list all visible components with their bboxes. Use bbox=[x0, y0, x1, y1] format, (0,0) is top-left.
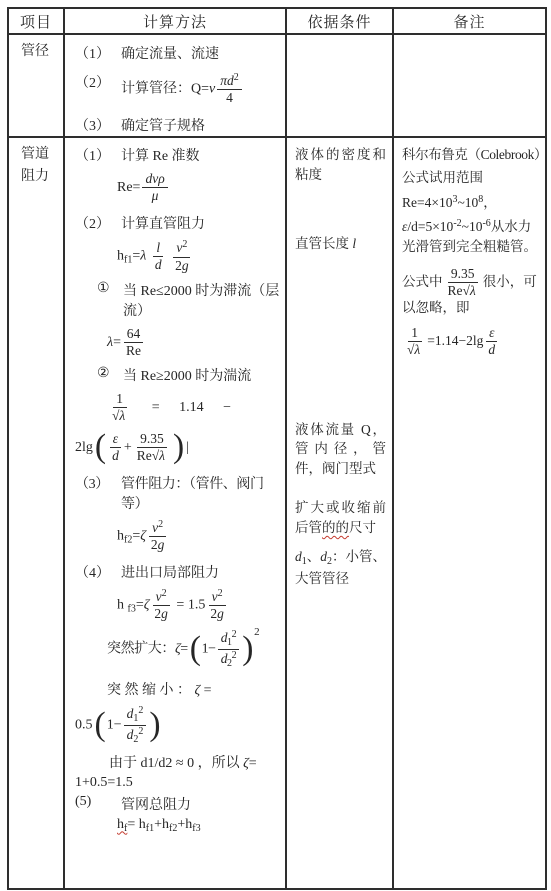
line-content: 1√λ = 1.14 − bbox=[107, 391, 283, 424]
text-line: 0.5(1−d12d22) bbox=[75, 705, 283, 746]
math-fraction: dvρμ bbox=[142, 171, 167, 204]
list-marker: ② bbox=[97, 365, 123, 382]
close-paren-glyph: ) bbox=[148, 711, 161, 740]
fraction-denominator: Re bbox=[123, 343, 144, 359]
math-variable: λ bbox=[119, 408, 125, 423]
spellcheck-squiggle: hf bbox=[117, 817, 127, 832]
math-variable: λ bbox=[159, 448, 165, 463]
formula-line: hf1=λ ld v22g bbox=[75, 239, 283, 273]
line-content: 1+0.5=1.5 bbox=[75, 775, 283, 791]
pipe-diameter-condition-cell bbox=[286, 34, 393, 137]
math-variable: λ bbox=[140, 249, 146, 264]
math-variable: g bbox=[217, 606, 224, 621]
math-variable: ε bbox=[489, 325, 494, 340]
math-superscript: 2 bbox=[234, 72, 239, 83]
line-content: d1、d2：小管、大管管径 bbox=[295, 547, 386, 589]
pipe-resistance-remark-content: 科尔布鲁克（Colebrook）公式试用范围Re=4×103~108，ε/d=5… bbox=[394, 138, 545, 888]
row-pipe-diameter: 管径 （1）确定流量、流速（2）计算管径：Q=vπd24（3）确定管子规格 bbox=[8, 34, 546, 137]
fraction-denominator: 2g bbox=[172, 258, 192, 274]
text-line: （3）管件阻力：（管件、阀门等） bbox=[75, 473, 283, 513]
fraction-denominator: d bbox=[152, 257, 165, 273]
math-variable: d bbox=[155, 257, 162, 272]
text-line: 2lg(εd+9.35Re√λ)| bbox=[75, 431, 283, 464]
line-content: 科尔布鲁克（Colebrook） bbox=[402, 145, 541, 165]
text-line: 液体流量 Q，管内径，管件，阀门型式 bbox=[295, 420, 386, 479]
spellcheck-squiggle: 的的 bbox=[322, 520, 349, 535]
math-superscript: 2 bbox=[158, 519, 163, 530]
math-fraction: εd bbox=[109, 431, 122, 464]
header-condition: 依据条件 bbox=[286, 8, 393, 34]
math-superscript: 8 bbox=[478, 194, 483, 205]
line-content: 计算管径：Q=vπd24 bbox=[121, 72, 283, 106]
fraction-numerator: l bbox=[153, 240, 163, 257]
header-item: 项目 bbox=[8, 8, 64, 34]
math-fraction: d12d22 bbox=[218, 629, 240, 670]
text-line: （2）计算直管阻力 bbox=[75, 213, 283, 233]
math-fraction: 64Re bbox=[123, 326, 144, 359]
line-content: 进出口局部阻力 bbox=[121, 562, 283, 582]
fraction-denominator: d22 bbox=[218, 650, 240, 670]
math-subscript: f2 bbox=[124, 534, 132, 545]
line-content: 管件阻力：（管件、阀门等） bbox=[121, 473, 283, 513]
sqrt-radicand: λ bbox=[470, 282, 478, 298]
open-paren-glyph: ( bbox=[94, 711, 107, 740]
math-paren-group: (εd+9.35Re√λ) bbox=[94, 431, 185, 464]
fraction-numerator: d12 bbox=[124, 705, 147, 726]
line-content: 突 然 缩 小 ： ζ = bbox=[107, 679, 283, 699]
text-line: ②当 Re≥2000 时为湍流 bbox=[75, 365, 283, 385]
line-content: 计算直管阻力 bbox=[121, 213, 283, 233]
list-marker: (5) bbox=[75, 794, 121, 810]
header-method: 计算方法 bbox=[64, 8, 286, 34]
fraction-numerator: dvρ bbox=[142, 171, 167, 188]
math-paren-group: (1−d12d22)2 bbox=[189, 629, 259, 670]
fraction-denominator: √λ bbox=[109, 408, 130, 424]
close-paren-glyph: ) bbox=[172, 433, 185, 462]
open-paren-glyph: ( bbox=[94, 433, 107, 462]
fraction-denominator: Re√λ bbox=[445, 283, 481, 299]
list-marker: （1） bbox=[75, 43, 121, 63]
open-paren-glyph: ( bbox=[189, 635, 202, 664]
list-marker: （2） bbox=[75, 72, 121, 92]
line-content: 确定管子规格 bbox=[121, 115, 283, 135]
line-content: hf2=ζv22g bbox=[117, 519, 283, 553]
math-variable: ζ bbox=[144, 598, 150, 613]
text-line: 突然扩大：ζ=(1−d12d22)2 bbox=[75, 629, 283, 670]
math-superscript: 2 bbox=[218, 588, 223, 599]
pipe-resistance-method-cell: （1）计算 Re 准数Re=dvρμ（2）计算直管阻力hf1=λ ld v22g… bbox=[64, 137, 286, 889]
line-content: 液体流量 Q，管内径，管件，阀门型式 bbox=[295, 420, 386, 479]
math-variable: d bbox=[320, 549, 327, 564]
formula-line: λ=64Re bbox=[75, 326, 283, 359]
formula-line: 公式中9.35Re√λ很小，可以忽略，即 bbox=[402, 266, 541, 316]
list-marker: （4） bbox=[75, 562, 121, 582]
formula-line: hf2=ζv22g bbox=[75, 519, 283, 553]
line-content: Re=dvρμ bbox=[117, 171, 283, 204]
math-superscript: -6 bbox=[482, 218, 490, 229]
formula-line: Re=dvρμ bbox=[75, 171, 283, 204]
row-label-pipe-resistance: 管道阻力 bbox=[8, 137, 64, 889]
math-fraction: v22g bbox=[148, 519, 168, 553]
fraction-denominator: d bbox=[485, 342, 498, 358]
math-fraction: ld bbox=[152, 240, 165, 273]
math-fraction: 1√λ bbox=[404, 325, 425, 358]
text-line: （1）确定流量、流速 bbox=[75, 43, 283, 63]
text-line: 由于 d1/d2 ≈ 0 ，所以 ζ= bbox=[75, 752, 283, 772]
list-marker: （2） bbox=[75, 213, 121, 233]
text-line: ε/d=5×10-2~10-6从水力光滑管到完全粗糙管。 bbox=[402, 216, 541, 258]
math-variable: ζ bbox=[140, 528, 146, 543]
fraction-denominator: 4 bbox=[223, 90, 236, 106]
formula-line: h f3=ζv22g = 1.5v22g bbox=[75, 588, 283, 622]
line-content: 管网总阻力 bbox=[121, 794, 283, 814]
line-content: h f3=ζv22g = 1.5v22g bbox=[117, 588, 283, 622]
math-variable: λ bbox=[107, 335, 113, 350]
list-marker: （1） bbox=[75, 145, 121, 165]
sqrt-radicand: λ bbox=[159, 447, 167, 463]
fraction-numerator: ε bbox=[110, 431, 121, 448]
list-marker: ① bbox=[97, 280, 123, 297]
math-superscript: 3 bbox=[452, 194, 457, 205]
math-subscript: f3 bbox=[192, 823, 200, 834]
text-line: 1+0.5=1.5 bbox=[75, 775, 283, 791]
fraction-denominator: d22 bbox=[124, 726, 147, 746]
math-variable: l bbox=[352, 236, 356, 251]
line-content: ε/d=5×10-2~10-6从水力光滑管到完全粗糙管。 bbox=[402, 216, 541, 258]
fraction-numerator: v2 bbox=[153, 588, 170, 606]
pipe-diameter-method-content: （1）确定流量、流速（2）计算管径：Q=vπd24（3）确定管子规格 bbox=[65, 35, 285, 136]
text-line: d1、d2：小管、大管管径 bbox=[295, 547, 386, 589]
line-content: 2lg(εd+9.35Re√λ)| bbox=[75, 431, 283, 464]
paren-content: 1−d12d22 bbox=[107, 705, 149, 746]
text-line: ①当 Re≤2000 时为滞流（层流） bbox=[75, 280, 283, 320]
math-paren-group: (1−d12d22) bbox=[94, 705, 162, 746]
math-variable: ζ bbox=[175, 641, 180, 656]
math-subscript: f3 bbox=[128, 604, 136, 615]
pipe-resistance-condition-content: 液体的密度和粘度直管长度 l液体流量 Q，管内径，管件，阀门型式扩大或收缩前后管… bbox=[287, 138, 392, 888]
line-content: 扩大或收缩前后管的的尺寸 bbox=[295, 498, 386, 537]
line-content: hf1=λ ld v22g bbox=[117, 239, 283, 273]
math-superscript: 2 bbox=[232, 650, 237, 661]
formula-line: 1√λ=1.14−2lgεd bbox=[402, 325, 541, 358]
fraction-denominator: 2g bbox=[148, 537, 168, 553]
fraction-numerator: d12 bbox=[218, 629, 240, 650]
line-content: 直管长度 l bbox=[295, 234, 386, 254]
math-variable: d bbox=[112, 448, 119, 463]
fraction-denominator: 2g bbox=[151, 606, 171, 622]
math-variable: d bbox=[295, 549, 302, 564]
text-line: （4）进出口局部阻力 bbox=[75, 562, 283, 582]
math-variable: ζ bbox=[243, 756, 249, 771]
math-variable: πd bbox=[220, 73, 234, 88]
text-line: 科尔布鲁克（Colebrook） bbox=[402, 145, 541, 165]
math-fraction: 9.35Re√λ bbox=[445, 266, 481, 299]
line-content: 1√λ=1.14−2lgεd bbox=[402, 325, 541, 358]
line-content: 0.5(1−d12d22) bbox=[75, 705, 283, 746]
text-line: （1）计算 Re 准数 bbox=[75, 145, 283, 165]
math-variable: d bbox=[488, 342, 495, 357]
math-fraction: v22g bbox=[207, 588, 227, 622]
math-variable: g bbox=[182, 258, 189, 273]
math-superscript: 2 bbox=[232, 629, 237, 640]
fraction-numerator: ε bbox=[486, 325, 497, 342]
math-fraction: v22g bbox=[172, 239, 192, 273]
header-remark: 备注 bbox=[393, 8, 546, 34]
line-content: 当 Re≥2000 时为湍流 bbox=[123, 365, 283, 385]
fraction-denominator: d bbox=[109, 448, 122, 464]
sqrt-radicand: λ bbox=[414, 341, 422, 357]
math-variable: λ bbox=[470, 283, 476, 298]
line-content: 公式试用范围 bbox=[402, 168, 541, 188]
math-subscript: f2 bbox=[169, 823, 177, 834]
fraction-numerator: πd2 bbox=[217, 72, 242, 90]
text-line: Re=4×103~108， bbox=[402, 192, 541, 213]
math-sqrt: √λ bbox=[407, 341, 422, 357]
row-pipe-resistance: 管道阻力 （1）计算 Re 准数Re=dvρμ（2）计算直管阻力hf1=λ ld… bbox=[8, 137, 546, 889]
formula-line: 1√λ = 1.14 − bbox=[75, 391, 283, 424]
math-subscript: 2 bbox=[327, 556, 332, 567]
pipe-resistance-condition-cell: 液体的密度和粘度直管长度 l液体流量 Q，管内径，管件，阀门型式扩大或收缩前后管… bbox=[286, 137, 393, 889]
header-row: 项目 计算方法 依据条件 备注 bbox=[8, 8, 546, 34]
math-sqrt: √λ bbox=[112, 407, 127, 423]
text-line: 扩大或收缩前后管的的尺寸 bbox=[295, 498, 386, 537]
math-variable: dvρ bbox=[145, 171, 164, 186]
line-content: 确定流量、流速 bbox=[121, 43, 283, 63]
pipe-resistance-method-content: （1）计算 Re 准数Re=dvρμ（2）计算直管阻力hf1=λ ld v22g… bbox=[65, 138, 285, 888]
math-superscript: 2 bbox=[138, 726, 143, 737]
close-paren-glyph: ) bbox=[241, 635, 254, 664]
math-superscript: -2 bbox=[453, 218, 461, 229]
fraction-numerator: 9.35 bbox=[137, 431, 167, 448]
math-variable: μ bbox=[152, 188, 159, 203]
fraction-numerator: 64 bbox=[124, 326, 144, 343]
document-sheet: 项目 计算方法 依据条件 备注 管径 （1）确定流量、流速（2）计算管径：Q=v… bbox=[7, 7, 547, 890]
text-line: 公式试用范围 bbox=[402, 168, 541, 188]
line-content: 计算 Re 准数 bbox=[121, 145, 283, 165]
fraction-denominator: 2g bbox=[207, 606, 227, 622]
math-subscript: f1 bbox=[124, 255, 132, 266]
fraction-numerator: 1 bbox=[113, 391, 126, 408]
text-line: （3）确定管子规格 bbox=[75, 115, 283, 135]
text-line: (5)管网总阻力 bbox=[75, 794, 283, 814]
math-superscript: 2 bbox=[254, 626, 259, 639]
line-content: 液体的密度和粘度 bbox=[295, 145, 386, 184]
pipe-diameter-remark-cell bbox=[393, 34, 546, 137]
math-variable: g bbox=[158, 537, 165, 552]
fraction-numerator: 9.35 bbox=[448, 266, 478, 283]
math-fraction: 9.35Re√λ bbox=[134, 431, 170, 464]
math-variable: ε bbox=[113, 431, 118, 446]
text-line: 液体的密度和粘度 bbox=[295, 145, 386, 184]
math-fraction: πd24 bbox=[217, 72, 242, 106]
line-content: λ=64Re bbox=[107, 326, 283, 359]
math-sqrt: √λ bbox=[463, 282, 478, 298]
math-sqrt: √λ bbox=[152, 447, 167, 463]
list-marker: （3） bbox=[75, 473, 121, 493]
math-fraction: εd bbox=[485, 325, 498, 358]
math-variable: g bbox=[161, 606, 168, 621]
math-variable: v bbox=[209, 81, 215, 96]
fraction-denominator: √λ bbox=[404, 342, 425, 358]
text-line: 突 然 缩 小 ： ζ = bbox=[75, 679, 283, 699]
text-line: hf= hf1+hf2+hf3 bbox=[75, 817, 283, 834]
line-content: 突然扩大：ζ=(1−d12d22)2 bbox=[107, 629, 283, 670]
math-superscript: 2 bbox=[162, 588, 167, 599]
paren-content: 1−d12d22 bbox=[202, 629, 242, 670]
fraction-numerator: v2 bbox=[173, 239, 190, 257]
math-variable: λ bbox=[414, 342, 420, 357]
math-superscript: 2 bbox=[138, 705, 143, 716]
pipe-diameter-method-cell: （1）确定流量、流速（2）计算管径：Q=vπd24（3）确定管子规格 bbox=[64, 34, 286, 137]
math-variable: ε bbox=[402, 219, 407, 234]
pipe-resistance-remark-cell: 科尔布鲁克（Colebrook）公式试用范围Re=4×103~108，ε/d=5… bbox=[393, 137, 546, 889]
text-line: 直管长度 l bbox=[295, 234, 386, 254]
math-fraction: 1√λ bbox=[109, 391, 130, 424]
math-superscript: 2 bbox=[182, 239, 187, 250]
line-content: hf= hf1+hf2+hf3 bbox=[117, 817, 283, 834]
line-content: 由于 d1/d2 ≈ 0 ，所以 ζ= bbox=[109, 752, 283, 772]
line-content: 当 Re≤2000 时为滞流（层流） bbox=[123, 280, 283, 320]
math-fraction: v22g bbox=[151, 588, 171, 622]
fraction-numerator: v2 bbox=[209, 588, 226, 606]
line-content: 公式中9.35Re√λ很小，可以忽略，即 bbox=[402, 266, 541, 316]
math-subscript: 1 bbox=[302, 556, 307, 567]
row-label-pipe-diameter: 管径 bbox=[8, 34, 64, 137]
list-marker: （3） bbox=[75, 115, 121, 135]
line-content: Re=4×103~108， bbox=[402, 192, 541, 213]
fraction-numerator: 1 bbox=[408, 325, 421, 342]
fraction-numerator: v2 bbox=[149, 519, 166, 537]
fraction-denominator: Re√λ bbox=[134, 448, 170, 464]
math-variable: ζ bbox=[195, 683, 201, 698]
math-subscript: f1 bbox=[146, 823, 154, 834]
paren-content: εd+9.35Re√λ bbox=[107, 431, 172, 464]
sqrt-radicand: λ bbox=[119, 407, 127, 423]
math-subscript: f bbox=[124, 823, 127, 834]
calculation-table: 项目 计算方法 依据条件 备注 管径 （1）确定流量、流速（2）计算管径：Q=v… bbox=[7, 7, 547, 890]
math-fraction: d12d22 bbox=[124, 705, 147, 746]
math-variable: l bbox=[156, 240, 160, 255]
fraction-denominator: μ bbox=[149, 188, 162, 204]
formula-line: （2）计算管径：Q=vπd24 bbox=[75, 72, 283, 106]
